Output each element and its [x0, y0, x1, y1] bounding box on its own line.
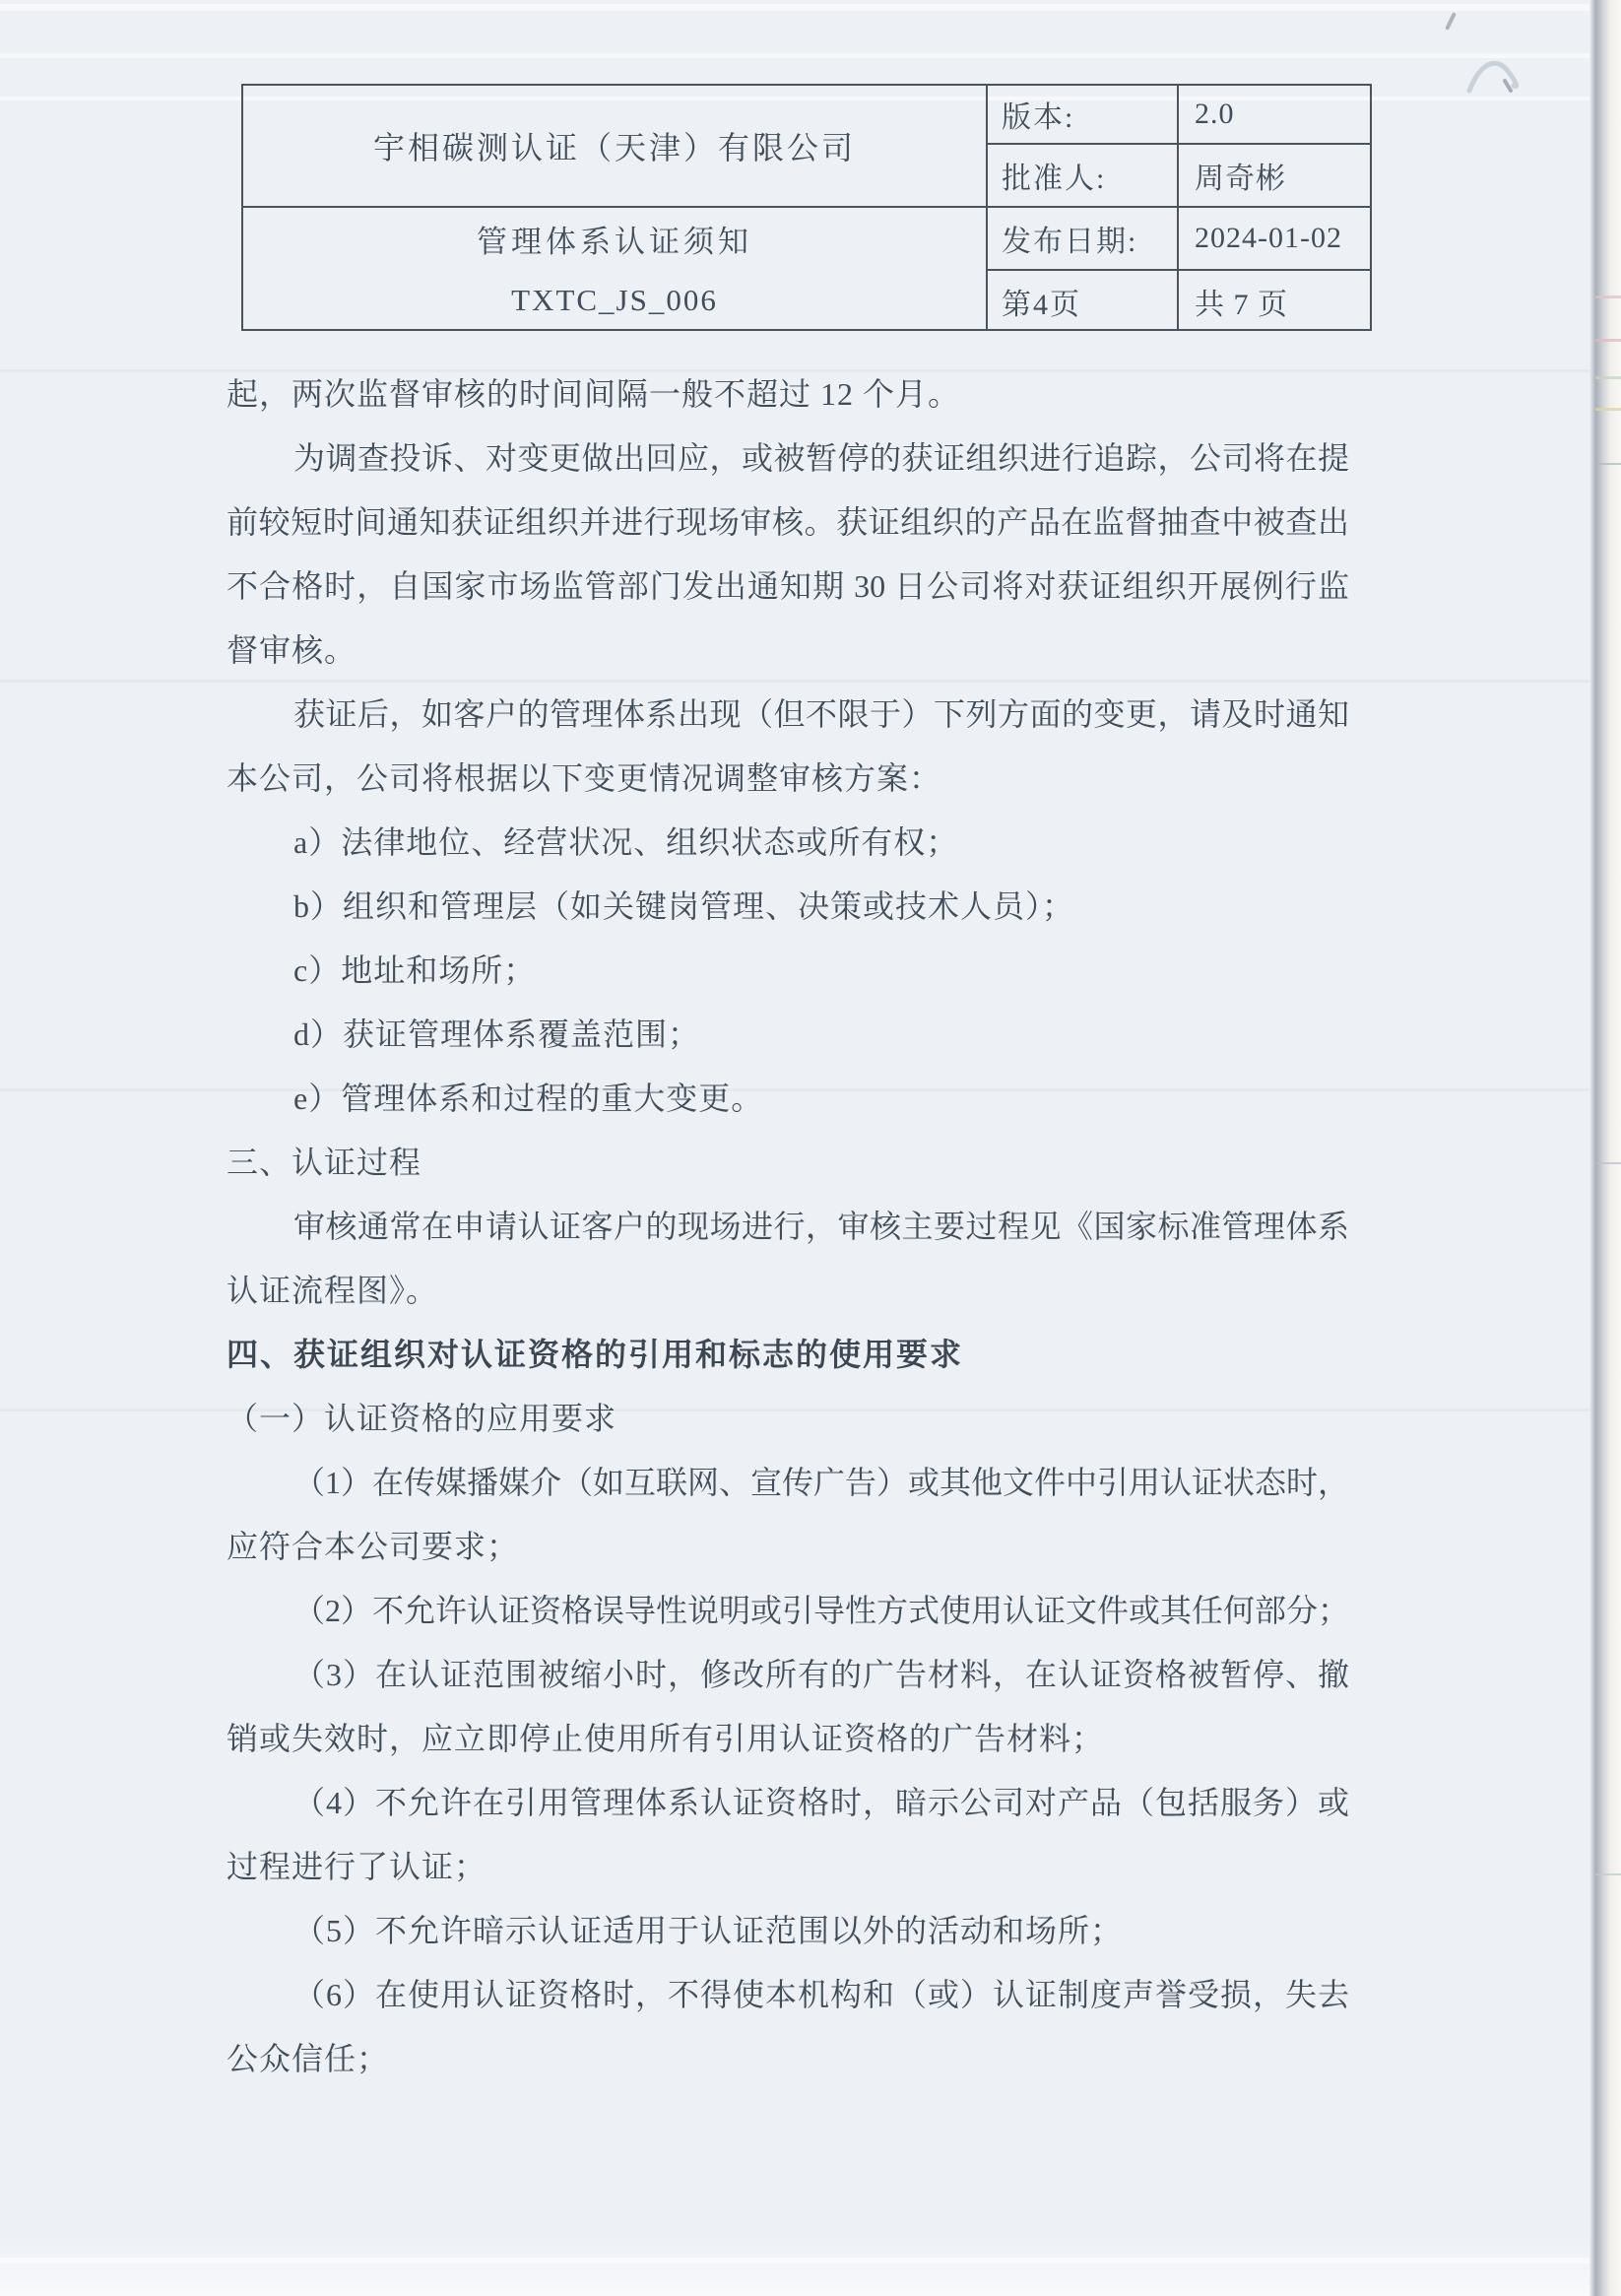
page-number: 第4页 — [988, 271, 1179, 331]
body-line: （1）在传媒播媒介（如互联网、宣传广告）或其他文件中引用认证状态时， — [227, 1451, 1349, 1515]
company-name: 宇相碳测认证（天津）有限公司 — [243, 86, 988, 208]
header-table: 宇相碳测认证（天津）有限公司 版本: 2.0 批准人: 周奇彬 管理体系认证须知… — [241, 84, 1372, 331]
body-line: 获证后，如客户的管理体系出现（但不限于）下列方面的变更，请及时通知 — [227, 683, 1349, 747]
section-heading-4: 四、获证组织对认证资格的引用和标志的使用要求 — [227, 1323, 1349, 1387]
body-line: （4）不允许在引用管理体系认证资格时，暗示公司对产品（包括服务）或 — [227, 1771, 1349, 1835]
scanned-document-page: 宇相碳测认证（天津）有限公司 版本: 2.0 批准人: 周奇彬 管理体系认证须知… — [0, 0, 1621, 2296]
scan-streak — [1595, 408, 1621, 411]
scan-streak — [1595, 376, 1621, 379]
pen-mark — [1445, 12, 1457, 31]
body-line: 应符合本公司要求； — [227, 1515, 1349, 1579]
body-line: a）法律地位、经营状况、组织状态或所有权； — [227, 811, 1349, 875]
body-line: 销或失效时，应立即停止使用所有引用认证资格的广告材料； — [227, 1707, 1349, 1771]
body-line: c）地址和场所； — [227, 939, 1349, 1003]
body-line: 为调查投诉、对变更做出回应，或被暂停的获证组织进行追踪，公司将在提 — [227, 426, 1349, 491]
body-line: 督审核。 — [227, 619, 1349, 683]
body-line: 本公司，公司将根据以下变更情况调整审核方案： — [227, 747, 1349, 811]
body-line: 公众信任； — [227, 2027, 1349, 2091]
body-line: b）组织和管理层（如关键岗管理、决策或技术人员）； — [227, 875, 1349, 939]
scan-streak — [1595, 463, 1621, 465]
body-line: 前较短时间通知获证组织并进行现场审核。获证组织的产品在监督抽查中被查出 — [227, 491, 1349, 555]
scan-streak — [1595, 1873, 1621, 1875]
version-value: 2.0 — [1179, 86, 1370, 145]
body-line: 认证流程图》。 — [227, 1259, 1349, 1323]
section-heading-3: 三、认证过程 — [227, 1131, 1349, 1195]
body-line: （2）不允许认证资格误导性说明或引导性方式使用认证文件或其任何部分； — [227, 1579, 1349, 1643]
scan-streak — [0, 53, 1589, 58]
subsection-heading: （一）认证资格的应用要求 — [227, 1387, 1349, 1451]
doc-title: 管理体系认证须知 — [477, 208, 752, 270]
body-line: d）获证管理体系覆盖范围； — [227, 1003, 1349, 1067]
document-body: 起，两次监督审核的时间间隔一般不超过 12 个月。 为调查投诉、对变更做出回应，… — [227, 362, 1349, 2091]
total-pages: 共 7 页 — [1179, 271, 1370, 331]
release-date-label: 发布日期: — [988, 208, 1179, 271]
body-line: （6）在使用认证资格时，不得使本机构和（或）认证制度声誉受损，失去 — [227, 1963, 1349, 2027]
scan-streak — [1595, 339, 1621, 342]
scan-edge-strip — [1589, 0, 1621, 2296]
body-line: （3）在认证范围被缩小时，修改所有的广告材料，在认证资格被暂停、撤 — [227, 1643, 1349, 1707]
scan-bottom-fade — [0, 2236, 1589, 2296]
version-label: 版本: — [988, 86, 1179, 145]
body-line: e）管理体系和过程的重大变更。 — [227, 1067, 1349, 1131]
pen-mark — [1465, 53, 1526, 107]
body-line: 不合格时，自国家市场监管部门发出通知期 30 日公司将对获证组织开展例行监 — [227, 555, 1349, 619]
scan-streak — [1595, 295, 1621, 298]
scan-streak — [1595, 1162, 1621, 1164]
release-date-value: 2024-01-02 — [1179, 208, 1370, 271]
doc-title-cell: 管理体系认证须知 TXTC_JS_006 — [243, 208, 988, 331]
scan-streak — [0, 4, 1589, 11]
body-line: （5）不允许暗示认证适用于认证范围以外的活动和场所； — [227, 1899, 1349, 1963]
approver-label: 批准人: — [988, 145, 1179, 208]
doc-code: TXTC_JS_006 — [511, 270, 718, 332]
body-line: 审核通常在申请认证客户的现场进行，审核主要过程见《国家标准管理体系 — [227, 1195, 1349, 1259]
body-line: 过程进行了认证； — [227, 1835, 1349, 1899]
approver-value: 周奇彬 — [1179, 145, 1370, 208]
body-line: 起，两次监督审核的时间间隔一般不超过 12 个月。 — [227, 362, 1349, 426]
